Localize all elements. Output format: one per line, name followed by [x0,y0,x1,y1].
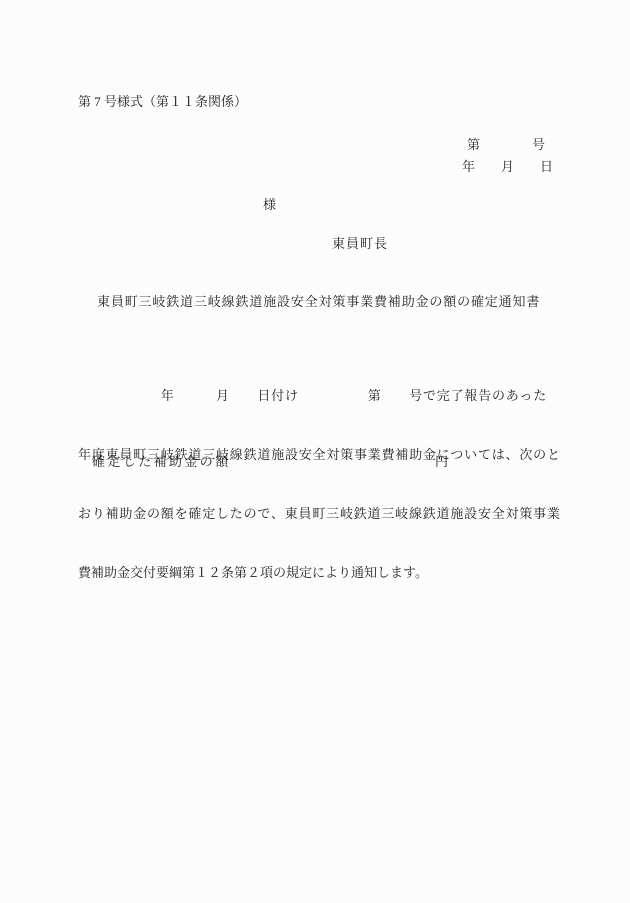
amount-unit-yen: 円 [435,453,448,471]
confirmed-amount-label: 確定した補助金の額 [92,453,231,471]
document-title: 東員町三岐鉄道三岐線鉄道施設安全対策事業費補助金の額の確定通知書 [97,293,540,311]
body-line-4: 費補助金交付要綱第１２条第２項の規定により通知します。 [78,562,568,585]
form-number-label: 第 7 号様式（第１１条関係） [78,93,247,111]
addressee-honorific: 様 [263,196,276,214]
date-line: 年 月 日 [462,158,553,176]
document-number-line: 第 号 [467,136,545,154]
notification-body: 年 月 日付け 第 号で完了報告のあった 年度東員町三岐鉄道三岐線鉄道施設安全対… [78,349,568,621]
body-line-3: おり補助金の額を確定したので、東員町三岐鉄道三岐線鉄道施設安全対策事業 [78,503,568,526]
body-line-1: 年 月 日付け 第 号で完了報告のあった [78,385,568,408]
document-page: 第 7 号様式（第１１条関係） 第 号 年 月 日 様 東員町長 東員町三岐鉄道… [0,0,630,903]
sender-title: 東員町長 [332,235,388,253]
